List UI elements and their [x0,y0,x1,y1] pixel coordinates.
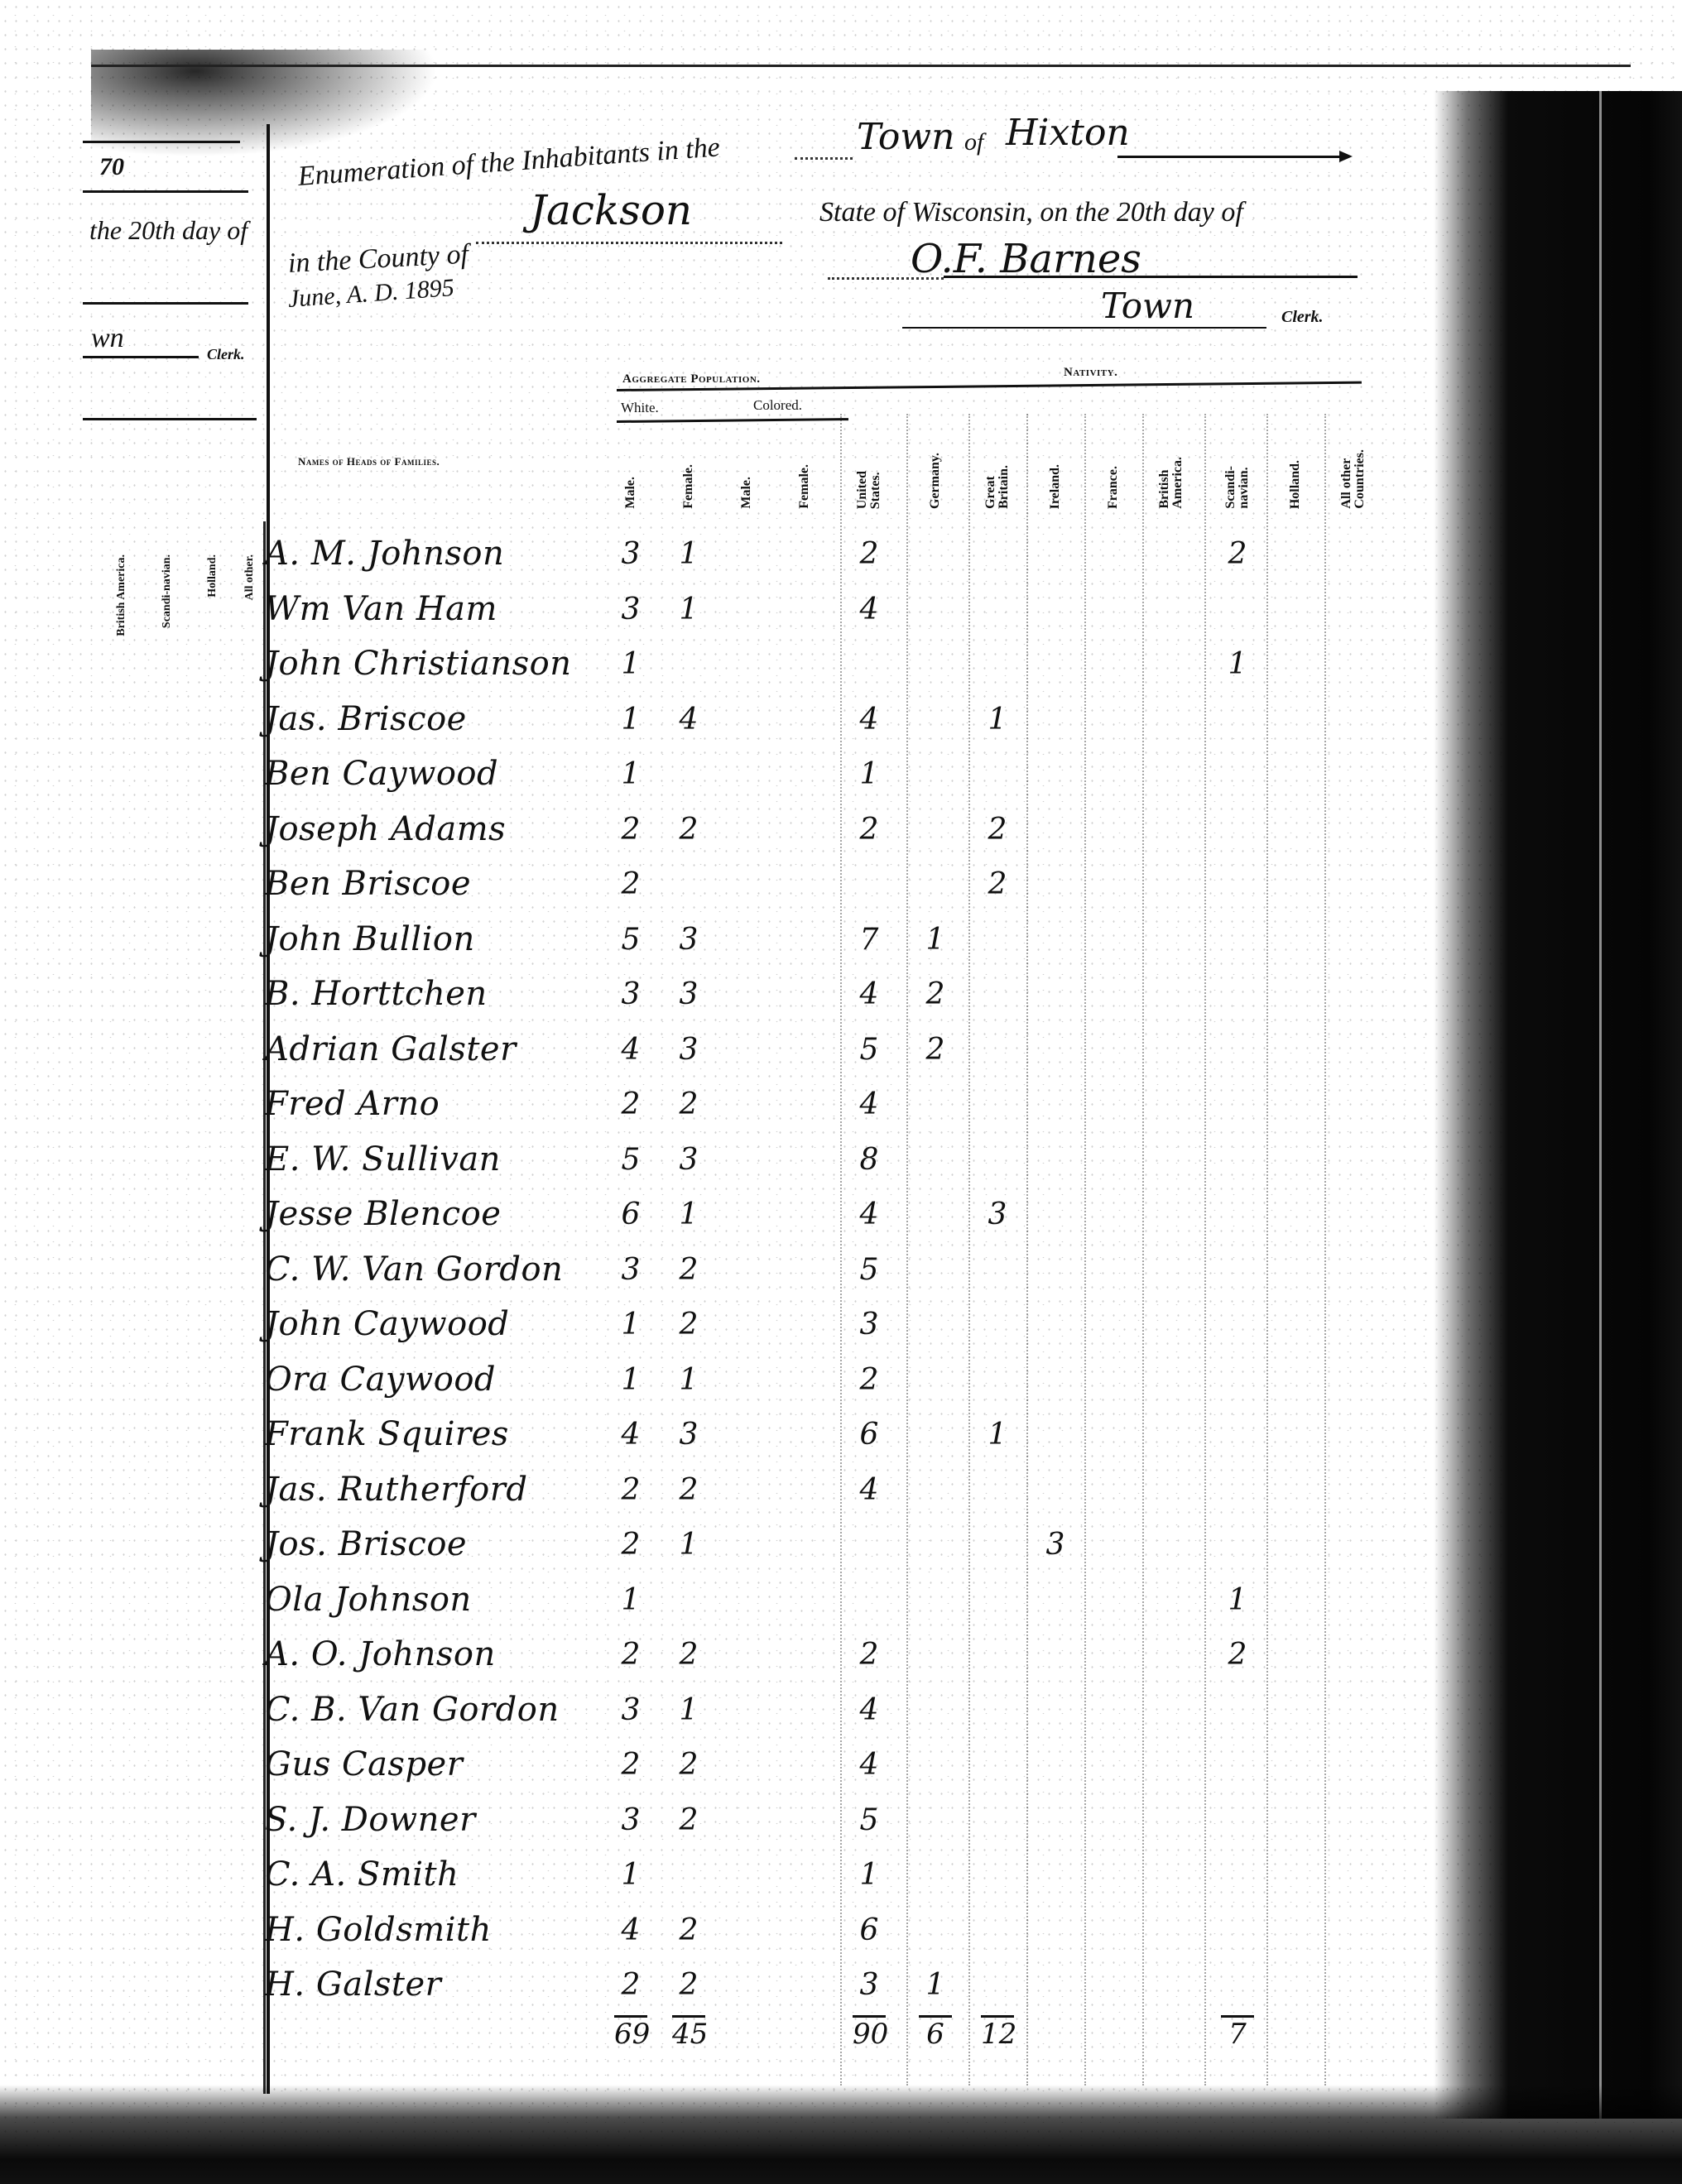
table-row: John Christianson11 [0,640,1440,686]
cell-wm: 5 [614,1143,647,1177]
cell-wm: 2 [614,867,647,901]
col-head-british-america: British America. [1155,418,1188,509]
cell-wm: 5 [614,923,647,957]
clerk-type: Town [1101,286,1194,326]
county-line [476,242,782,244]
cell-us: 2 [853,1638,886,1672]
table-row: Ora Caywood112 [0,1356,1440,1402]
cell-wm: 6 [614,1198,647,1231]
cell-us: 5 [853,1803,886,1837]
cell-wf: 1 [672,1528,705,1562]
table-row: Joseph Adams2222 [0,805,1440,852]
cell-wm: 1 [614,703,647,737]
cell-wm: 3 [614,977,647,1011]
table-row: S. J. Downer325 [0,1796,1440,1842]
cell-wm: 2 [614,1638,647,1672]
head-of-family-name: Jesse Blencoe [265,1195,501,1233]
cell-wm: 3 [614,1803,647,1837]
cell-de: 2 [919,1033,952,1067]
head-of-family-name: Ben Caywood [265,755,498,793]
left-clerk-handwriting: wn [91,323,124,354]
head-of-family-name: Wm Van Ham [265,590,497,628]
head-of-family-name: H. Goldsmith [265,1911,492,1949]
total-de: 6 [919,2015,952,2051]
cell-wm: 2 [614,1748,647,1782]
town-type: Town [857,116,954,158]
col-head-white-female: Female. [672,418,705,509]
head-of-family-name: Ola Johnson [265,1581,472,1619]
cell-wf: 3 [672,1033,705,1067]
col-head-holland: Holland. [1279,418,1312,509]
cell-us: 7 [853,923,886,957]
col-head-germany: Germany. [919,418,952,509]
cell-wf: 2 [672,1968,705,2002]
head-of-family-name: C. B. Van Gordon [265,1691,560,1729]
cell-us: 4 [853,1748,886,1782]
cell-wf: 2 [672,813,705,847]
county-name: Jackson [530,186,692,234]
cell-wm: 2 [614,1087,647,1121]
table-row: Fred Arno224 [0,1080,1440,1126]
table-row: Ola Johnson11 [0,1576,1440,1622]
head-of-family-name: John Bullion [265,920,475,958]
left-page-number: 70 [99,153,124,181]
total-wm: 69 [614,2015,647,2051]
total-sc: 7 [1221,2015,1254,2051]
col-head-scandinavian: Scandi- navian. [1221,418,1254,509]
cell-wf: 2 [672,1803,705,1837]
cell-sc: 2 [1221,1638,1254,1672]
cell-ie: 3 [1039,1528,1072,1562]
cell-us: 2 [853,813,886,847]
clerk-label: Clerk. [1281,308,1324,327]
colored-label: Colored. [753,397,802,414]
table-row: Gus Casper224 [0,1740,1440,1787]
cell-wm: 1 [614,757,647,791]
signature-dots [828,277,944,280]
cell-wm: 3 [614,537,647,571]
town-line [1117,156,1341,158]
cell-wm: 4 [614,1913,647,1947]
head-of-family-name: Ora Caywood [265,1361,496,1399]
cell-us: 4 [853,1087,886,1121]
total-wf: 45 [672,2015,705,2051]
cell-sc: 1 [1221,1583,1254,1617]
cell-wm: 1 [614,1363,647,1397]
cell-wm: 3 [614,1693,647,1727]
cell-wf: 2 [672,1913,705,1947]
nativity-label: Nativity. [1064,366,1117,380]
head-of-family-name: Ben Briscoe [265,865,471,903]
left-rule [83,302,248,305]
table-row: Jesse Blencoe6143 [0,1190,1440,1236]
cell-wf: 2 [672,1473,705,1507]
cell-wm: 1 [614,1308,647,1342]
head-of-family-name: S. J. Downer [265,1801,476,1839]
col-head-ireland: Ireland. [1039,418,1072,509]
table-row: Frank Squires4361 [0,1410,1440,1457]
cell-sc: 2 [1221,537,1254,571]
head-of-family-name: Frank Squires [265,1415,509,1453]
cell-wm: 3 [614,593,647,626]
cell-wf: 1 [672,593,705,626]
table-row: H. Goldsmith426 [0,1906,1440,1952]
fill-line [795,157,853,160]
arrow-icon [1339,151,1353,162]
cell-wm: 3 [614,1253,647,1287]
white-label: White. [621,400,659,416]
cell-wf: 3 [672,1418,705,1452]
cell-de: 2 [919,977,952,1011]
cell-us: 6 [853,1913,886,1947]
cell-us: 2 [853,537,886,571]
head-of-family-name: C. A. Smith [265,1855,459,1894]
table-row: C. W. Van Gordon325 [0,1246,1440,1292]
left-rule [83,356,199,358]
totals-row: 6945906127 [0,2009,1440,2056]
cell-wf: 1 [672,1198,705,1231]
table-row: A. O. Johnson2222 [0,1630,1440,1677]
table-row: Ben Caywood11 [0,750,1440,796]
cell-us: 6 [853,1418,886,1452]
county-prefix: in the County of [287,239,469,280]
cell-gb: 2 [981,867,1014,901]
head-of-family-name: B. Horttchen [265,975,488,1013]
cell-us: 4 [853,593,886,626]
head-of-family-name: Jos. Briscoe [265,1525,467,1563]
clerk-line [902,327,1266,329]
table-row: C. B. Van Gordon314 [0,1686,1440,1732]
cell-wf: 1 [672,1363,705,1397]
cell-us: 4 [853,1693,886,1727]
book-binding-shadow [1434,91,1682,2119]
table-row: Jos. Briscoe213 [0,1520,1440,1567]
cell-de: 1 [919,1968,952,2002]
head-of-family-name: Fred Arno [265,1085,440,1123]
cell-wf: 3 [672,923,705,957]
cell-wm: 1 [614,647,647,681]
table-row: Jas. Rutherford224 [0,1466,1440,1512]
cell-wf: 3 [672,1143,705,1177]
cell-us: 5 [853,1253,886,1287]
cell-gb: 2 [981,813,1014,847]
table-row: H. Galster2231 [0,1961,1440,2007]
signature-line [944,276,1358,278]
cell-wm: 1 [614,1583,647,1617]
cell-wf: 2 [672,1087,705,1121]
town-name: Hixton [1006,112,1130,154]
page-top-edge [91,65,1631,67]
col-head-colored-female: Female. [788,418,821,509]
cell-wf: 2 [672,1253,705,1287]
table-row: C. A. Smith11 [0,1850,1440,1897]
left-rule [83,418,257,420]
head-of-family-name: Adrian Galster [265,1030,517,1068]
cell-us: 4 [853,1198,886,1231]
cell-us: 4 [853,977,886,1011]
cell-wm: 1 [614,1858,647,1892]
cell-wf: 4 [672,703,705,737]
head-of-family-name: Jas. Briscoe [265,700,467,738]
head-of-family-name: H. Galster [265,1966,441,2004]
table-row: Ben Briscoe22 [0,860,1440,906]
head-of-family-name: Jas. Rutherford [265,1471,527,1509]
table-row: Jas. Briscoe1441 [0,695,1440,742]
date-text: June, A. D. 1895 [287,274,455,314]
col-head-all-other: All other Countries. [1337,418,1370,509]
head-of-family-name: John Christianson [265,645,572,683]
head-of-family-name: A. M. Johnson [265,535,504,573]
head-of-family-name: C. W. Van Gordon [265,1250,563,1289]
cell-us: 1 [853,757,886,791]
names-header: Names of Heads of Families. [298,455,440,468]
table-row: E. W. Sullivan538 [0,1135,1440,1182]
cell-us: 1 [853,1858,886,1892]
cell-wf: 1 [672,537,705,571]
col-head-white-male: Male. [614,418,647,509]
cell-wf: 1 [672,1693,705,1727]
head-of-family-name: Gus Casper [265,1745,463,1783]
table-row: Adrian Galster4352 [0,1025,1440,1072]
cell-us: 3 [853,1968,886,2002]
total-us: 90 [853,2015,886,2051]
cell-de: 1 [919,923,952,957]
binding-crease [1599,91,1602,2119]
cell-wm: 4 [614,1418,647,1452]
cell-us: 5 [853,1033,886,1067]
cell-wf: 2 [672,1748,705,1782]
col-head-great-britain: Great Britain. [981,418,1014,509]
cell-gb: 1 [981,1418,1014,1452]
aggregate-population-label: Aggregate Population. [622,372,761,386]
left-day-text: the 20th day of [89,215,247,246]
of-label: of [964,128,983,156]
head-of-family-name: Joseph Adams [265,810,506,848]
cell-us: 3 [853,1308,886,1342]
head-of-family-name: E. W. Sullivan [265,1140,501,1178]
cell-wm: 4 [614,1033,647,1067]
table-row: John Caywood123 [0,1300,1440,1346]
table-row: B. Horttchen3342 [0,970,1440,1016]
cell-wf: 2 [672,1308,705,1342]
table-row: Wm Van Ham314 [0,585,1440,631]
head-of-family-name: John Caywood [265,1305,509,1343]
table-row: A. M. Johnson3122 [0,530,1440,576]
cell-wf: 3 [672,977,705,1011]
state-text: State of Wisconsin, on the 20th day of [819,197,1243,228]
cell-wm: 2 [614,1473,647,1507]
cell-gb: 3 [981,1198,1014,1231]
cell-wf: 2 [672,1638,705,1672]
head-of-family-name: A. O. Johnson [265,1635,496,1673]
table-row: John Bullion5371 [0,915,1440,962]
col-head-united-states: United States. [853,418,886,509]
scan-shadow-bottom [0,2085,1682,2184]
cell-sc: 1 [1221,647,1254,681]
cell-wm: 2 [614,813,647,847]
cell-us: 2 [853,1363,886,1397]
col-head-colored-male: Male. [730,418,763,509]
cell-gb: 1 [981,703,1014,737]
cell-wm: 2 [614,1528,647,1562]
cell-us: 8 [853,1143,886,1177]
left-rule [83,141,240,143]
left-rule [83,190,248,193]
cell-us: 4 [853,703,886,737]
left-clerk-label: Clerk. [207,346,245,363]
col-head-france: France. [1097,418,1130,509]
total-gb: 12 [981,2015,1014,2051]
cell-wm: 2 [614,1968,647,2002]
cell-us: 4 [853,1473,886,1507]
